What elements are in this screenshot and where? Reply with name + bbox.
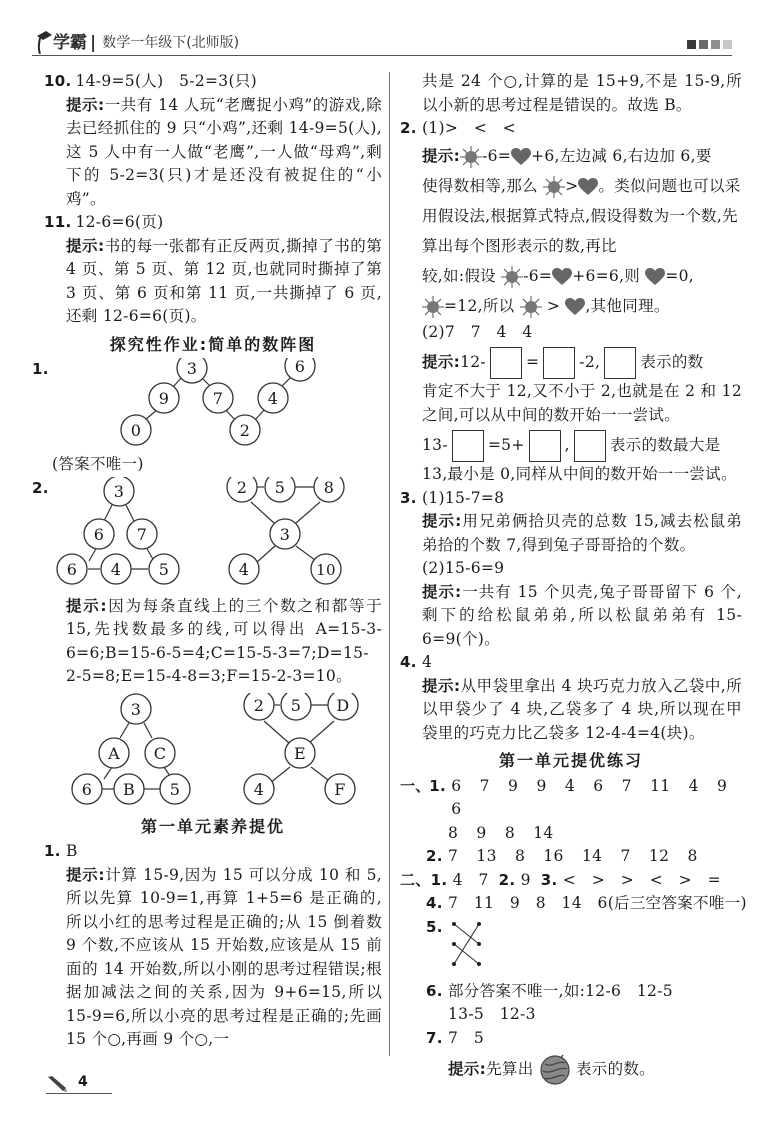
svg-text:6: 6 <box>94 525 104 544</box>
svg-text:2: 2 <box>237 478 247 497</box>
hint-text: 用兄弟俩拾贝壳的总数 15,减去松鼠弟弟拾的个数 7,得到兔子哥哥拾的个数。 <box>422 512 742 554</box>
svg-text:5: 5 <box>275 478 285 497</box>
heart-icon <box>578 178 598 196</box>
question-number: 2. <box>499 869 521 893</box>
unit-question-3: 3. (1)15-7=8 提示:用兄弟俩拾贝壳的总数 15,减去松鼠弟弟拾的个数… <box>400 487 742 652</box>
page-header: 学霸 | 数学一年级下(北师版) <box>32 28 732 56</box>
hint-text: 表示的数最大是 <box>610 436 721 454</box>
answer-row: 6 7 9 9 4 6 7 11 4 9 6 <box>451 775 742 822</box>
svg-text:3: 3 <box>114 482 124 501</box>
answer-value: 14 <box>533 824 553 842</box>
hint-text: +6=6,则 <box>572 267 640 285</box>
hint-text: 表示的数 <box>640 353 703 371</box>
graduation-cap-icon <box>36 30 52 54</box>
blank-box <box>604 347 636 379</box>
hint-text: 计算 15-9,因为 15 可以分成 10 和 5,所以先算 10-9=1,再算… <box>66 866 382 1049</box>
hint-label: 提示: <box>422 353 460 371</box>
hint-text: = <box>526 353 539 371</box>
hint-text: =0, <box>665 267 694 285</box>
hint: 提示:-6=+6,左边减 6,右边加 6,要 使得数相等,那么 >。类似问题也可… <box>400 141 742 321</box>
answer-value: 9 <box>536 777 546 795</box>
square-2 <box>699 40 708 49</box>
question-number: 3. <box>400 487 422 511</box>
matching-lines-diagram <box>448 920 488 980</box>
hint-text: -6= <box>482 147 511 165</box>
question-number: 1. <box>431 869 453 893</box>
hint-text: 先算出 <box>486 1060 533 1078</box>
question-number: 10. <box>44 70 71 94</box>
hint: 提示:一共有 14 人玩“老鹰捉小鸡”的游戏,除去已经抓住的 9 只“小鸡”,还… <box>44 94 382 212</box>
hint-label: 提示: <box>422 677 460 695</box>
hint-text: ,其他同理。 <box>585 297 669 315</box>
hint-label: 提示: <box>66 597 107 615</box>
hint-text: 肯定不大于 12,又不小于 2,也就是在 2 和 12 之间,可以从中间的数开始… <box>400 380 742 427</box>
svg-text:2: 2 <box>254 696 264 715</box>
svg-text:6: 6 <box>295 358 305 376</box>
hint-text: 书的每一张都有正反两页,撕掉了书的第 4 页、第 5 页、第 12 页,也就同时… <box>66 237 382 326</box>
answer-value: 13 <box>476 847 496 865</box>
answer: 12-6=6(页) <box>71 211 163 235</box>
answer: 9 <box>521 869 531 893</box>
left-column: 10. 14-9=5(人) 5-2=3(只) 提示:一共有 14 人玩“老鹰捉小… <box>44 70 382 1052</box>
hint-text: > <box>565 177 578 195</box>
hint-label: 提示: <box>448 1060 486 1078</box>
question-number: 1. <box>32 358 54 382</box>
explore-note: (答案不唯一) <box>52 453 382 477</box>
hint-3: 13-=5+,表示的数最大是 <box>400 427 742 463</box>
answer-part-1: (1)> < < <box>422 117 516 141</box>
blank-box <box>543 347 575 379</box>
svg-text:2: 2 <box>240 421 250 440</box>
question-number: 5. <box>426 916 448 980</box>
question-number: 4. <box>426 892 448 916</box>
answer-value: 9 <box>508 777 518 795</box>
answer-value: 4 <box>689 777 699 795</box>
answer-value: 6 <box>593 777 603 795</box>
hint-text: 13- <box>422 436 448 454</box>
sun-icon <box>460 146 482 168</box>
hint-text: -6= <box>523 267 552 285</box>
svg-text:B: B <box>123 780 135 799</box>
answer: 13-5 12-3 <box>400 1003 742 1027</box>
answer-value: 4 <box>565 777 575 795</box>
answer-value: 12 <box>649 847 669 865</box>
right-column: 共是 24 个○,计算的是 15+9,不是 15-9,所以小新的思考过程是错误的… <box>400 70 742 1088</box>
hint: 提示:从甲袋里拿出 4 块巧克力放入乙袋中,所以甲袋少了 4 块,乙袋多了 4 … <box>400 675 742 746</box>
square-3 <box>711 40 720 49</box>
svg-text:C: C <box>154 744 167 763</box>
svg-text:6: 6 <box>67 560 77 579</box>
hint-text: =12,所以 <box>444 297 514 315</box>
svg-text:3: 3 <box>280 525 290 544</box>
explore-question-2: 2. <box>44 477 382 589</box>
hint: 提示:因为每条直线上的三个数之和都等于 15,先找数最多的线,可以得出 A=15… <box>44 595 382 689</box>
svg-text:3: 3 <box>131 700 141 719</box>
svg-text:5: 5 <box>170 780 180 799</box>
answer-value: 8 <box>448 824 458 842</box>
hint-text: 较,如:假设 <box>422 267 496 285</box>
brand-logo: 学霸 <box>53 32 87 54</box>
hint-text: 从甲袋里拿出 4 块巧克力放入乙袋中,所以甲袋少了 4 块,乙袋多了 4 块,所… <box>422 677 742 742</box>
answer-value: 14 <box>582 847 602 865</box>
hint-text: 因为每条直线上的三个数之和都等于 15,先找数最多的线,可以得出 A=15-3-… <box>66 597 382 686</box>
svg-text:9: 9 <box>159 389 169 408</box>
answer-value: 8 <box>505 824 515 842</box>
svg-text:8: 8 <box>324 478 334 497</box>
svg-text:5: 5 <box>159 560 169 579</box>
part-label: 一、 <box>400 775 429 822</box>
sun-icon <box>543 176 565 198</box>
explore-question-1: 1. 3 9 7 0 <box>44 358 382 453</box>
svg-text:4: 4 <box>254 780 264 799</box>
section-title-practice: 第一单元提优练习 <box>400 749 742 773</box>
pencil-icon <box>46 1076 68 1092</box>
brand: 学霸 | 数学一年级下(北师版) <box>36 28 239 54</box>
blank-box <box>574 430 606 462</box>
svg-text:D: D <box>336 696 349 715</box>
answer-value: 9 <box>476 824 486 842</box>
heart-icon <box>565 298 585 316</box>
svg-text:4: 4 <box>268 389 278 408</box>
section-title-explore: 探究性作业:简单的数阵图 <box>44 333 382 357</box>
hint-label: 提示: <box>66 866 105 884</box>
question-number: 7. <box>426 1027 448 1051</box>
hint: 提示:先算出 表示的数。 <box>400 1050 742 1088</box>
svg-text:10: 10 <box>316 561 336 579</box>
book-title: 数学一年级下(北师版) <box>102 32 239 54</box>
column-divider <box>389 72 390 1056</box>
svg-text:5: 5 <box>291 696 301 715</box>
hint-text: 13,最小是 0,同样从中间的数开始一一尝试。 <box>400 463 742 487</box>
hint-text: 使得数相等,那么 <box>422 177 538 195</box>
number-array-diagram-1: 3 9 7 0 2 4 6 <box>84 358 384 453</box>
hint: 提示:计算 15-9,因为 15 可以分成 10 和 5,所以先算 10-9=1… <box>44 864 382 1052</box>
heart-icon <box>552 268 572 286</box>
svg-text:0: 0 <box>131 421 141 440</box>
unit-question-2: 2. (1)> < < 提示:-6=+6,左边减 6,右边加 6,要 使得数相等… <box>400 117 742 487</box>
answer-value: 7 <box>480 777 490 795</box>
hint-text: 表示的数。 <box>576 1060 655 1078</box>
sun-icon <box>501 266 523 288</box>
answer-part-1: (1)15-7=8 <box>422 487 504 511</box>
question-number: 2. <box>426 845 448 869</box>
hint-label: 提示: <box>422 583 462 601</box>
answer: 4 7 <box>453 869 489 893</box>
hint-text: -2, <box>579 353 600 371</box>
hint-text: 12- <box>460 353 486 371</box>
section-title-unit: 第一单元素养提优 <box>44 815 382 839</box>
blank-box <box>529 430 561 462</box>
question-number: 2. <box>400 117 422 141</box>
practice-part-2: 二、 1. 4 7 2. 9 3. < > > < > = 4. 7 11 9 … <box>400 869 742 1089</box>
square-1 <box>687 40 696 49</box>
hint-label: 提示: <box>66 96 105 114</box>
watermelon-icon <box>539 1054 571 1086</box>
hint-text: =5+ <box>488 436 525 454</box>
svg-text:E: E <box>294 744 306 763</box>
answer-value: 8 <box>687 847 697 865</box>
hint-text: 一共有 14 人玩“老鹰捉小鸡”的游戏,除去已经抓住的 9 只“小鸡”,还剩 1… <box>66 96 382 208</box>
part-label: 二、 <box>400 869 431 893</box>
hint-label: 提示: <box>422 147 460 165</box>
question-number: 3. <box>541 869 563 893</box>
hint-text: > <box>547 297 560 315</box>
hint-2: 提示:12-=-2,表示的数 <box>400 344 742 380</box>
heart-icon <box>645 268 665 286</box>
question-10: 10. 14-9=5(人) 5-2=3(只) 提示:一共有 14 人玩“老鹰捉小… <box>44 70 382 211</box>
svg-text:F: F <box>334 780 345 799</box>
answer-value: 7 <box>622 777 632 795</box>
blank-box <box>490 347 522 379</box>
answer: 4 <box>422 651 432 675</box>
header-squares <box>687 40 732 49</box>
square-4 <box>723 40 732 49</box>
hint-text: 一共有 15 个贝壳,兔子哥哥留下 6 个,剩下的给松鼠弟弟,所以松鼠弟弟有 1… <box>422 583 742 648</box>
sun-icon <box>422 296 444 318</box>
answer: 14-9=5(人) 5-2=3(只) <box>71 70 256 94</box>
question-number: 1. <box>44 840 66 864</box>
answer-value: 9 <box>717 777 727 795</box>
svg-text:7: 7 <box>213 389 223 408</box>
svg-text:4: 4 <box>111 560 121 579</box>
hint: 提示:用兄弟俩拾贝壳的总数 15,减去松鼠弟弟拾的个数 7,得到兔子哥哥拾的个数… <box>400 510 742 557</box>
blank-box <box>452 430 484 462</box>
question-number: 4. <box>400 651 422 675</box>
answer-row: 7 13 8 16 14 7 12 8 <box>448 845 698 869</box>
sun-icon <box>520 296 542 318</box>
heart-icon <box>511 148 531 166</box>
answer-value: 16 <box>543 847 563 865</box>
answer: < > > < > = <box>563 869 721 893</box>
hint-continued: 共是 24 个○,计算的是 15+9,不是 15-9,所以小新的思考过程是错误的… <box>400 70 742 117</box>
practice-part-1: 一、 1. 6 7 9 9 4 6 7 11 4 9 6 8 9 8 14 2.… <box>400 775 742 869</box>
answer-value: 7 <box>621 847 631 865</box>
hint: 提示:一共有 15 个贝壳,兔子哥哥留下 6 个,剩下的给松鼠弟弟,所以松鼠弟弟… <box>400 581 742 652</box>
hint-label: 提示: <box>422 512 462 530</box>
number-array-diagram-2: 3 6 7 6 4 5 2 5 8 3 4 10 <box>34 477 374 589</box>
answer-part-2: (2)7 7 4 4 <box>400 321 742 345</box>
question-number: 1. <box>429 775 451 822</box>
hint-label: 提示: <box>66 237 105 255</box>
page-number: 4 <box>78 1074 88 1090</box>
answer: B <box>66 840 78 864</box>
answer-value: 6 <box>451 800 461 818</box>
answer: 7 11 9 8 14 6(后三空答案不唯一) <box>448 892 747 916</box>
svg-text:7: 7 <box>137 525 147 544</box>
answer-value: 6 <box>451 777 461 795</box>
svg-text:4: 4 <box>239 560 249 579</box>
question-number: 11. <box>44 211 71 235</box>
answer-value: 11 <box>650 777 670 795</box>
hint: 提示:书的每一张都有正反两页,撕掉了书的第 4 页、第 5 页、第 12 页,也… <box>44 235 382 329</box>
hint-text: +6,左边减 6,右边加 6,要 <box>531 147 712 165</box>
svg-text:A: A <box>107 744 120 763</box>
unit-question-4: 4. 4 提示:从甲袋里拿出 4 块巧克力放入乙袋中,所以甲袋少了 4 块,乙袋… <box>400 651 742 745</box>
number-array-diagram-labeled: 3 A C 6 B 5 2 5 D E 4 F <box>34 693 374 811</box>
labeled-diagrams: 3 A C 6 B 5 2 5 D E 4 F <box>44 693 382 811</box>
svg-text:6: 6 <box>82 780 92 799</box>
answer: 部分答案不唯一,如:12-6 12-5 <box>448 980 673 1004</box>
brand-separator: | <box>90 32 96 54</box>
question-11: 11. 12-6=6(页) 提示:书的每一张都有正反两页,撕掉了书的第 4 页、… <box>44 211 382 329</box>
answer-value: 8 <box>515 847 525 865</box>
question-number: 6. <box>426 980 448 1004</box>
answer-part-2: (2)15-6=9 <box>400 557 742 581</box>
unit-question-1: 1. B 提示:计算 15-9,因为 15 可以分成 10 和 5,所以先算 1… <box>44 840 382 1052</box>
svg-text:3: 3 <box>187 359 197 378</box>
answer-row: 8 9 8 14 <box>400 822 742 846</box>
answer-value: 7 <box>448 847 458 865</box>
answer: 7 5 <box>448 1027 484 1051</box>
hint-text: , <box>565 436 570 454</box>
page-footer: 4 <box>46 1074 112 1094</box>
